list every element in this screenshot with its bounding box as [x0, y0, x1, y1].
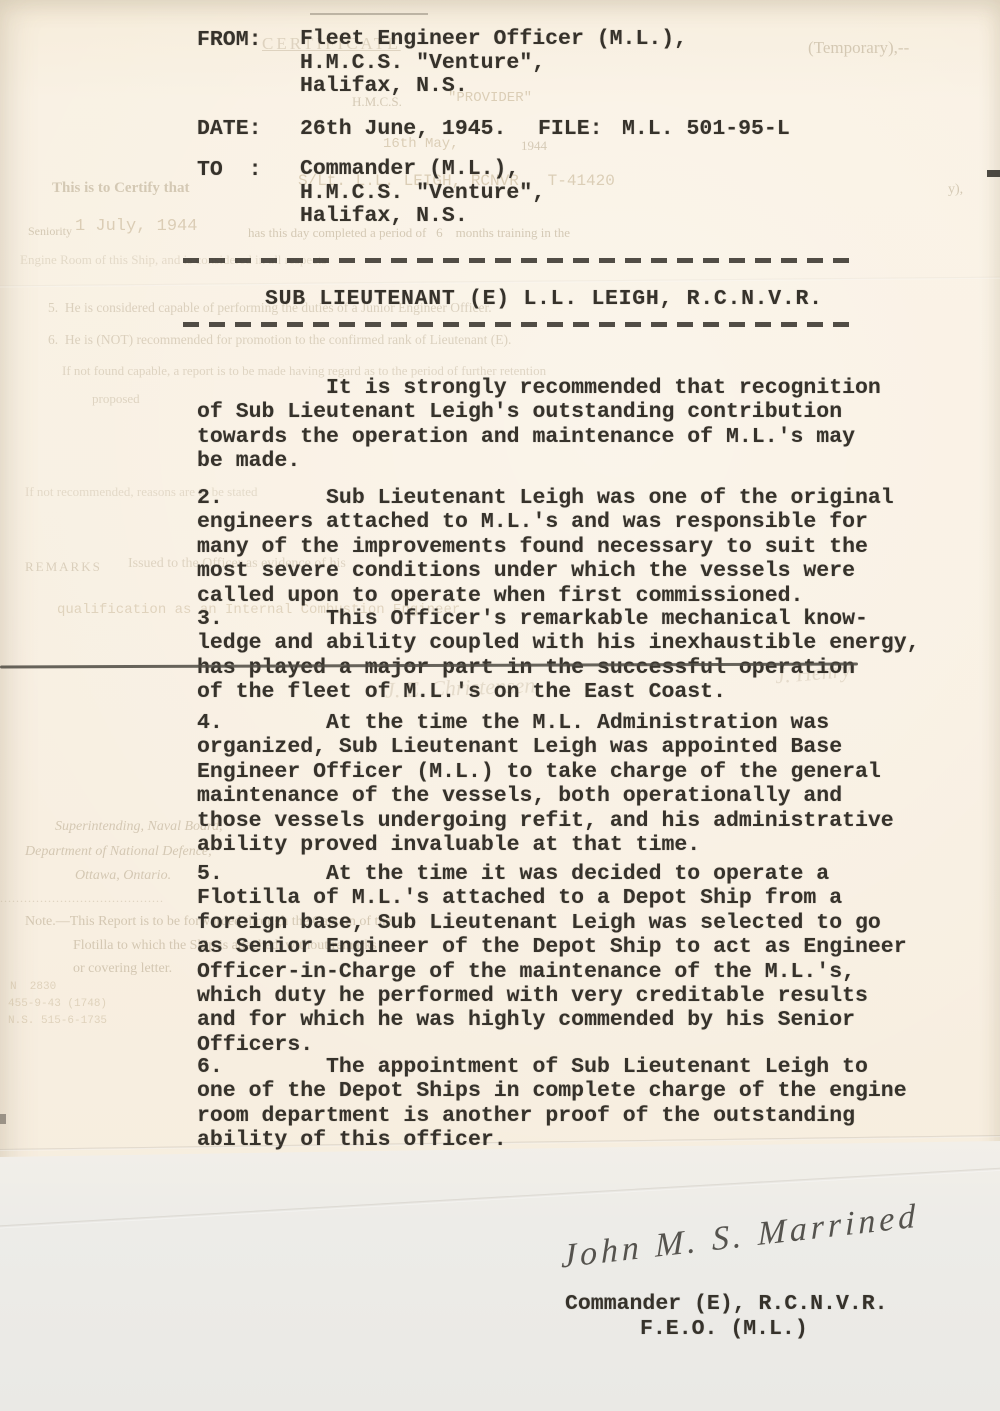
to-label: TO :: [197, 158, 262, 182]
from-label: FROM:: [197, 28, 262, 52]
bleedthrough-rule: [310, 13, 428, 15]
bleedthrough-text: Department of National Defence,: [25, 844, 212, 860]
bleedthrough-rule: ........................................…: [0, 891, 164, 906]
to-address: Commander (M.L.), H.M.C.S. "Venture", Ha…: [300, 158, 545, 229]
paragraph-2: 2. Sub Lieutenant Leigh was one of the o…: [197, 486, 894, 608]
date-label: DATE:: [197, 117, 262, 141]
from-address: Fleet Engineer Officer (M.L.), H.M.C.S. …: [300, 28, 687, 99]
paragraph-3: 3. This Officer's remarkable mechanical …: [197, 607, 920, 705]
edge-ink-mark: [0, 1114, 6, 1124]
document-page: (Temporary),-- CERTIFICATE H.M.C.S. "PRO…: [0, 0, 1000, 1411]
signature-title: F.E.O. (M.L.): [640, 1317, 808, 1341]
crease-line: [0, 277, 1000, 288]
dashed-rule: [183, 322, 855, 327]
signature-rank: Commander (E), R.C.N.V.R.: [565, 1292, 888, 1316]
bleedthrough-text: Ottawa, Ontario.: [75, 868, 171, 884]
underlying-page: [0, 1141, 1000, 1411]
bleedthrough-text: proposed: [92, 391, 140, 407]
paragraph-4: 4. At the time the M.L. Administration w…: [197, 711, 894, 857]
file-label: FILE:: [538, 117, 603, 141]
edge-ink-mark: [987, 170, 1000, 177]
bleedthrough-text: This is to Certify that: [52, 180, 190, 197]
paragraph-3-text: 3. This Officer's remarkable mechanical …: [197, 607, 920, 655]
form-code: N.S. 515-6-1735: [8, 1015, 107, 1027]
paragraph-1: It is strongly recommended that recognit…: [197, 376, 881, 474]
paragraph-5: 5. At the time it was decided to operate…: [197, 862, 907, 1057]
subject-line: SUB LIEUTENANT (E) L.L. LEIGH, R.C.N.V.R…: [265, 287, 823, 311]
bleedthrough-text: 1 July, 1944: [75, 217, 197, 236]
paragraph-3-text: of the fleet of M.L.'s on the East Coast…: [197, 680, 726, 704]
bleedthrough-text: or covering letter.: [73, 961, 172, 977]
date-value: 26th June, 1945.: [300, 117, 506, 141]
paragraph-6: 6. The appointment of Sub Lieutenant Lei…: [197, 1055, 907, 1153]
struck-text: has played a major part in the successfu…: [197, 656, 855, 680]
file-value: M.L. 501-95-L: [622, 117, 790, 141]
bleedthrough-text: REMARKS: [25, 559, 102, 575]
bleedthrough-text: (Temporary),--: [808, 38, 909, 58]
form-code: N 2830: [10, 981, 56, 993]
bleedthrough-text: Seniority: [28, 224, 72, 239]
bleedthrough-text: 6. He is (NOT) recommended for promotion…: [48, 332, 511, 348]
form-code: 455-9-43 (1748): [8, 998, 107, 1010]
dashed-rule: [183, 258, 855, 263]
bleedthrough-text: y),: [948, 182, 963, 198]
